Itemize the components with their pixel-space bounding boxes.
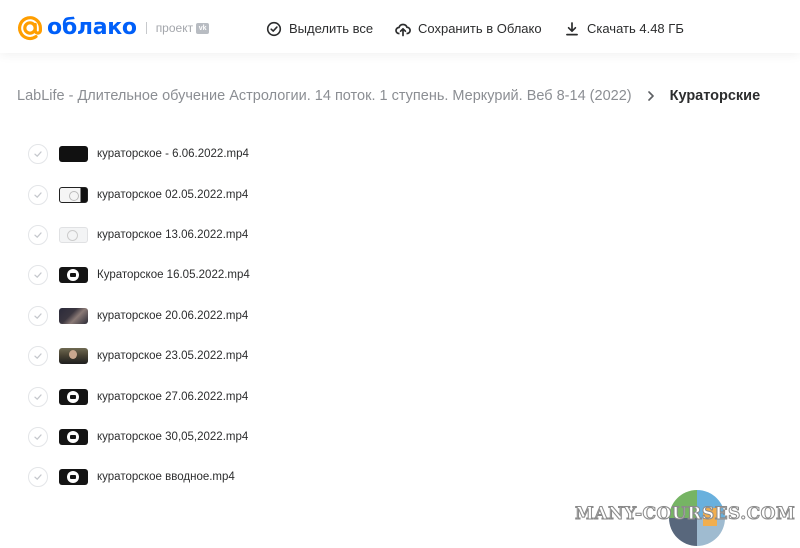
file-name: кураторское 30,05,2022.mp4: [97, 431, 248, 443]
save-to-cloud-button[interactable]: Сохранить в Облако: [395, 19, 542, 39]
file-row[interactable]: кураторское 30,05,2022.mp4: [28, 417, 528, 457]
file-name: кураторское 13.06.2022.mp4: [97, 229, 248, 241]
breadcrumb: LabLife - Длительное обучение Астрологии…: [17, 86, 760, 106]
download-button[interactable]: Скачать 4.48 ГБ: [564, 19, 684, 39]
select-all-label: Выделить все: [289, 19, 373, 39]
file-select-checkbox[interactable]: [28, 265, 48, 285]
checkmark-icon: [33, 230, 43, 240]
logo-wordmark: облако: [47, 14, 137, 42]
file-row[interactable]: кураторское 20.06.2022.mp4: [28, 296, 528, 336]
file-select-checkbox[interactable]: [28, 185, 48, 205]
video-thumbnail: [59, 429, 88, 445]
file-name: кураторское 20.06.2022.mp4: [97, 310, 248, 322]
file-row[interactable]: кураторское 13.06.2022.mp4: [28, 215, 528, 255]
video-thumbnail: [59, 348, 88, 364]
checkmark-icon: [33, 432, 43, 442]
checkmark-icon: [33, 351, 43, 361]
video-thumbnail: [59, 187, 88, 203]
save-to-cloud-label: Сохранить в Облако: [418, 19, 542, 39]
file-name: кураторское 02.05.2022.mp4: [97, 189, 248, 201]
file-name: кураторское вводное.mp4: [97, 471, 235, 483]
file-name: кураторское 23.05.2022.mp4: [97, 350, 248, 362]
vk-logo-icon: vk: [196, 23, 209, 34]
video-thumbnail: [59, 308, 88, 324]
file-select-checkbox[interactable]: [28, 306, 48, 326]
breadcrumb-current-folder: Кураторские: [670, 88, 761, 104]
video-thumbnail: [59, 469, 88, 485]
video-thumbnail: [59, 227, 88, 243]
watermark: MANY-COURSES.COM: [575, 490, 795, 546]
checkmark-icon: [33, 392, 43, 402]
checkmark-icon: [33, 270, 43, 280]
file-list: кураторское - 6.06.2022.mp4 кураторское …: [28, 134, 528, 498]
file-select-checkbox[interactable]: [28, 427, 48, 447]
app-header: облако проект vk Выделить все Сохранить …: [0, 0, 800, 53]
file-row[interactable]: кураторское 02.05.2022.mp4: [28, 174, 528, 214]
file-row[interactable]: кураторское 27.06.2022.mp4: [28, 376, 528, 416]
project-label: проект: [156, 14, 193, 42]
download-icon: [564, 21, 580, 37]
checkmark-icon: [33, 190, 43, 200]
video-thumbnail: [59, 267, 88, 283]
file-name: кураторское 27.06.2022.mp4: [97, 391, 248, 403]
watermark-text: MANY-COURSES.COM: [575, 504, 795, 524]
file-select-checkbox[interactable]: [28, 467, 48, 487]
file-select-checkbox[interactable]: [28, 225, 48, 245]
file-row[interactable]: кураторское 23.05.2022.mp4: [28, 336, 528, 376]
select-all-button[interactable]: Выделить все: [266, 19, 373, 39]
file-select-checkbox[interactable]: [28, 346, 48, 366]
chevron-right-icon: [646, 91, 656, 101]
at-sign-logo-icon: [16, 14, 44, 42]
download-label: Скачать 4.48 ГБ: [587, 19, 684, 39]
checkmark-icon: [33, 472, 43, 482]
breadcrumb-parent-folder[interactable]: LabLife - Длительное обучение Астрологии…: [17, 88, 632, 104]
file-select-checkbox[interactable]: [28, 144, 48, 164]
cloud-logo[interactable]: облако проект vk: [16, 13, 209, 43]
cloud-upload-icon: [395, 21, 411, 37]
file-row[interactable]: кураторское - 6.06.2022.mp4: [28, 134, 528, 174]
check-circle-icon: [266, 21, 282, 37]
file-name: Кураторское 16.05.2022.mp4: [97, 269, 250, 281]
logo-divider: [146, 22, 147, 34]
file-row[interactable]: кураторское вводное.mp4: [28, 457, 528, 497]
checkmark-icon: [33, 149, 43, 159]
video-thumbnail: [59, 146, 88, 162]
file-select-checkbox[interactable]: [28, 387, 48, 407]
file-row[interactable]: Кураторское 16.05.2022.mp4: [28, 255, 528, 295]
file-name: кураторское - 6.06.2022.mp4: [97, 148, 249, 160]
checkmark-icon: [33, 311, 43, 321]
video-thumbnail: [59, 389, 88, 405]
